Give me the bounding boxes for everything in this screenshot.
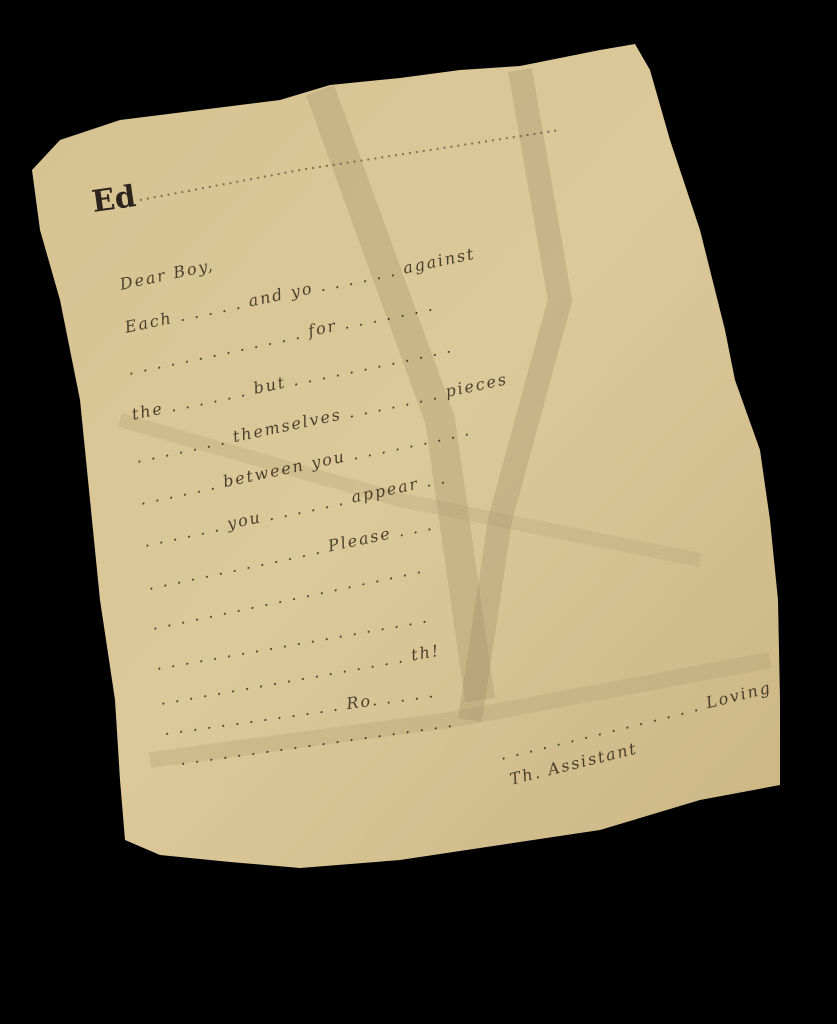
letter-line: . . . . . . between you . . . . . . . . …	[138, 420, 472, 509]
letter-text: Ed Dear Boy, Each . . . . . and yo . . .…	[0, 0, 837, 1024]
letter-line: Dear Boy,	[118, 255, 216, 294]
corner-mark: Ed	[90, 179, 138, 220]
photo-scene: Ed Dear Boy, Each . . . . . and yo . . .…	[0, 0, 837, 1024]
